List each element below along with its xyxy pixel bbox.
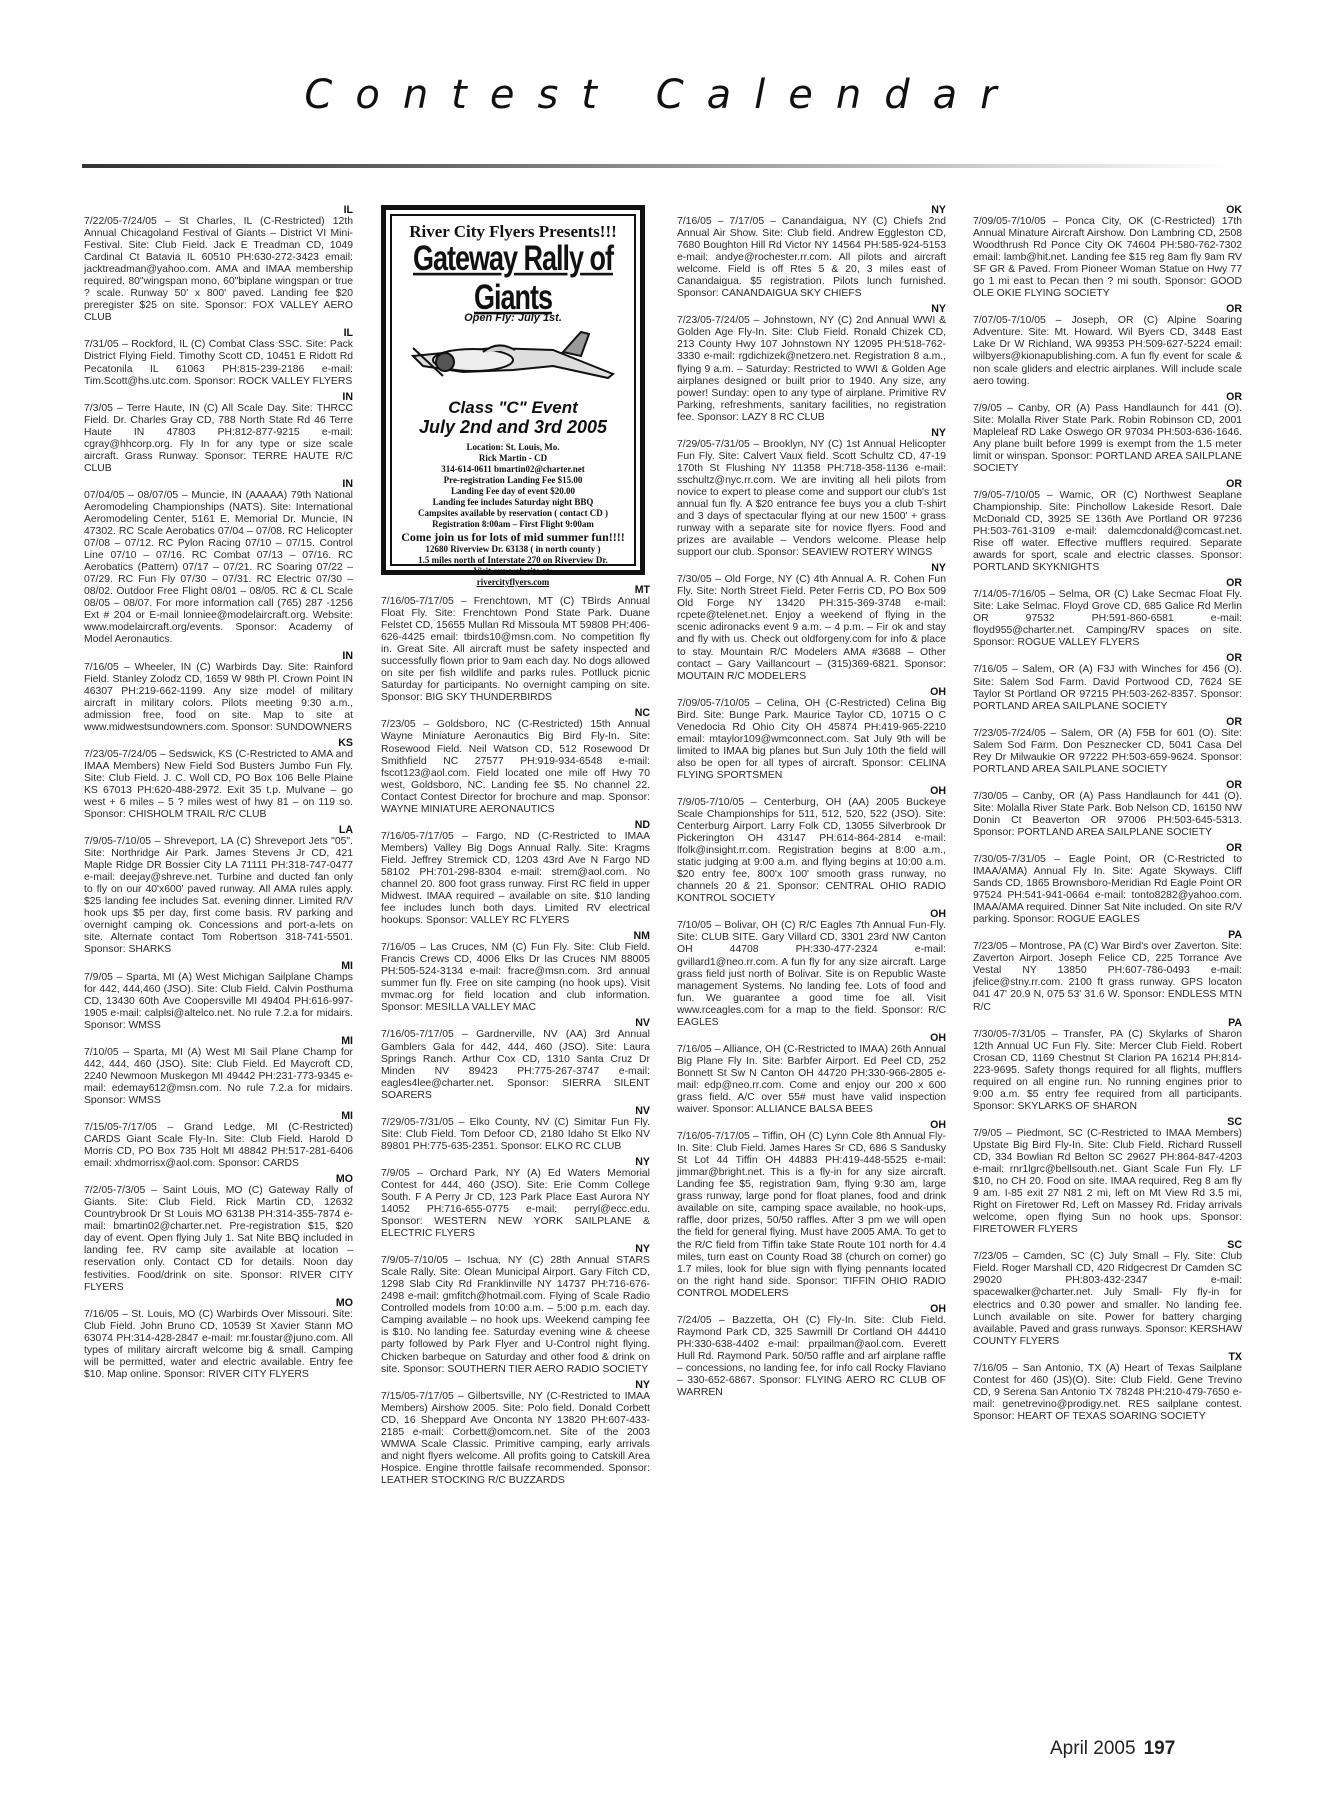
state-heading: NY bbox=[381, 1156, 650, 1168]
contest-entry: MI7/9/05 – Sparta, MI (A) West Michigan … bbox=[84, 960, 353, 1032]
state-heading: OR bbox=[973, 577, 1242, 589]
state-heading: OR bbox=[973, 842, 1242, 854]
contest-listing: 7/15/05-7/17/05 – Grand Ledge, MI (C-Res… bbox=[84, 1122, 353, 1170]
contest-listing: 7/9/05 – Canby, OR (A) Pass Handlaunch f… bbox=[973, 403, 1242, 475]
state-heading: OR bbox=[973, 303, 1242, 315]
state-heading: NY bbox=[677, 204, 946, 216]
contest-listing: 7/29/05-7/31/05 – Elko County, NV (C) Si… bbox=[381, 1117, 650, 1153]
state-heading: IL bbox=[84, 204, 353, 216]
contest-listing: 7/09/05-7/10/05 – Celina, OH (C-Restrict… bbox=[677, 698, 946, 782]
contest-entry: NY7/23/05-7/24/05 – Johnstown, NY (C) 2n… bbox=[677, 303, 946, 423]
state-heading: SC bbox=[973, 1116, 1242, 1128]
contest-listing: 7/16/05-7/17/05 – Gardnerville, NV (AA) … bbox=[381, 1029, 650, 1101]
state-heading: MI bbox=[84, 1110, 353, 1122]
contest-listing: 7/31/05 – Rockford, IL (C) Combat Class … bbox=[84, 339, 353, 387]
contest-entry: OR7/07/05-7/10/05 – Joseph, OR (C) Alpin… bbox=[973, 303, 1242, 387]
ad-address: 12680 Riverview Dr. 63138 ( in north cou… bbox=[392, 544, 634, 555]
contest-listing: 7/09/05-7/10/05 – Ponca City, OK (C-Rest… bbox=[973, 216, 1242, 300]
contest-listing: 7/16/05 – Alliance, OH (C-Restricted to … bbox=[677, 1044, 946, 1116]
ad-address: 1.5 miles north of Interstate 270 on Riv… bbox=[392, 555, 634, 566]
title-divider bbox=[82, 164, 1232, 168]
contest-entry: MI7/15/05-7/17/05 – Grand Ledge, MI (C-R… bbox=[84, 1110, 353, 1170]
contest-entry: OH7/24/05 – Bazzetta, OH (C) Fly-In. Sit… bbox=[677, 1303, 946, 1399]
ad-line: Campsites available by reservation ( con… bbox=[392, 508, 634, 519]
state-heading: NM bbox=[381, 930, 650, 942]
state-heading: NC bbox=[381, 707, 650, 719]
state-heading: IN bbox=[84, 391, 353, 403]
state-heading: MT bbox=[381, 584, 650, 596]
contest-listing: 7/9/05-7/10/05 – Wamic, OR (C) Northwest… bbox=[973, 490, 1242, 574]
contest-listing: 7/2/05-7/3/05 – Saint Louis, MO (C) Gate… bbox=[84, 1185, 353, 1293]
state-heading: NY bbox=[677, 427, 946, 439]
contest-entry: SC7/23/05 – Camden, SC (C) July Small – … bbox=[973, 1239, 1242, 1347]
state-heading: MO bbox=[84, 1297, 353, 1309]
state-heading: OH bbox=[677, 908, 946, 920]
ad-line: Rick Martin - CD bbox=[392, 453, 634, 464]
contest-entry: MI7/10/05 – Sparta, MI (A) West MI Sail … bbox=[84, 1035, 353, 1107]
state-heading: NY bbox=[381, 1379, 650, 1391]
contest-listing: 7/14/05-7/16/05 – Selma, OR (C) Lake Sec… bbox=[973, 589, 1242, 649]
contest-entry: OR7/23/05-7/24/05 – Salem, OR (A) F5B fo… bbox=[973, 716, 1242, 776]
contest-listing: 7/16/05-7/17/05 – Fargo, ND (C-Restricte… bbox=[381, 831, 650, 927]
state-heading: IL bbox=[84, 327, 353, 339]
ad-line: Pre-registration Landing Fee $15.00 bbox=[392, 475, 634, 486]
contest-entry: OR7/14/05-7/16/05 – Selma, OR (C) Lake S… bbox=[973, 577, 1242, 649]
contest-listing: 7/23/05 – Montrose, PA (C) War Bird's ov… bbox=[973, 941, 1242, 1013]
contest-entry: OH7/16/05 – Alliance, OH (C-Restricted t… bbox=[677, 1032, 946, 1116]
contest-listing: 7/10/05 – Bolivar, OH (C) R/C Eagles 7th… bbox=[677, 920, 946, 1028]
ad-tagline: Come join us for lots of mid summer fun!… bbox=[392, 530, 634, 544]
contest-listing: 7/30/05-7/31/05 – Eagle Point, OR (C-Res… bbox=[973, 854, 1242, 926]
contest-entry: ND7/16/05-7/17/05 – Fargo, ND (C-Restric… bbox=[381, 819, 650, 927]
contest-listing: 7/16/05 – Salem, OR (A) F3J with Winches… bbox=[973, 664, 1242, 712]
state-heading: SC bbox=[973, 1239, 1242, 1251]
contest-entry: IN7/16/05 – Wheeler, IN (C) Warbirds Day… bbox=[84, 650, 353, 734]
state-heading: NY bbox=[381, 1243, 650, 1255]
contest-entry: MT7/16/05-7/17/05 – Frenchtown, MT (C) T… bbox=[381, 584, 650, 704]
contest-entry: OH7/09/05-7/10/05 – Celina, OH (C-Restri… bbox=[677, 686, 946, 782]
contest-entry: IN7/3/05 – Terre Haute, IN (C) All Scale… bbox=[84, 391, 353, 475]
state-heading: NV bbox=[381, 1017, 650, 1029]
state-heading: OR bbox=[973, 478, 1242, 490]
contest-listing: 7/9/05 – Orchard Park, NY (A) Ed Waters … bbox=[381, 1168, 650, 1240]
calendar-column-3: NY7/16/05 – 7/17/05 – Canandaigua, NY (C… bbox=[677, 204, 946, 1402]
contest-entry: NC7/23/05 – Goldsboro, NC (C-Restricted)… bbox=[381, 707, 650, 815]
state-heading: MI bbox=[84, 1035, 353, 1047]
contest-listing: 7/16/05 – Las Cruces, NM (C) Fun Fly. Si… bbox=[381, 942, 650, 1014]
contest-entry: OH7/9/05-7/10/05 – Centerburg, OH (AA) 2… bbox=[677, 785, 946, 905]
page-footer: April 2005197 bbox=[1050, 1738, 1175, 1760]
contest-entry: NM7/16/05 – Las Cruces, NM (C) Fun Fly. … bbox=[381, 930, 650, 1014]
contest-listing: 7/23/05 – Camden, SC (C) July Small – Fl… bbox=[973, 1251, 1242, 1347]
state-heading: OR bbox=[973, 391, 1242, 403]
calendar-column-2: MT7/16/05-7/17/05 – Frenchtown, MT (C) T… bbox=[381, 584, 650, 1490]
contest-listing: 7/16/05-7/17/05 – Tiffin, OH (C) Lynn Co… bbox=[677, 1131, 946, 1300]
contest-entry: NY7/9/05 – Orchard Park, NY (A) Ed Water… bbox=[381, 1156, 650, 1240]
contest-entry: IN07/04/05 – 08/07/05 – Muncie, IN (AAAA… bbox=[84, 478, 353, 647]
contest-entry: MO7/16/05 – St. Louis, MO (C) Warbirds O… bbox=[84, 1297, 353, 1381]
state-heading: OH bbox=[677, 1119, 946, 1131]
contest-entry: OK7/09/05-7/10/05 – Ponca City, OK (C-Re… bbox=[973, 204, 1242, 300]
state-heading: LA bbox=[84, 824, 353, 836]
ad-class: Class "C" Event bbox=[392, 398, 634, 417]
contest-listing: 7/23/05 – Goldsboro, NC (C-Restricted) 1… bbox=[381, 719, 650, 815]
state-heading: NV bbox=[381, 1105, 650, 1117]
contest-listing: 7/3/05 – Terre Haute, IN (C) All Scale D… bbox=[84, 403, 353, 475]
state-heading: OR bbox=[973, 652, 1242, 664]
contest-listing: 7/16/05 – Wheeler, IN (C) Warbirds Day. … bbox=[84, 662, 353, 734]
state-heading: IN bbox=[84, 478, 353, 490]
contest-entry: NY7/29/05-7/31/05 – Brooklyn, NY (C) 1st… bbox=[677, 427, 946, 559]
state-heading: OH bbox=[677, 1032, 946, 1044]
state-heading: TX bbox=[973, 1351, 1242, 1363]
state-heading: OH bbox=[677, 785, 946, 797]
contest-listing: 7/9/05 – Piedmont, SC (C-Restricted to I… bbox=[973, 1128, 1242, 1236]
page-title: Contest Calendar bbox=[0, 72, 1324, 118]
contest-entry: KS7/23/05-7/24/05 – Sedswick, KS (C-Rest… bbox=[84, 737, 353, 821]
contest-listing: 7/16/05 – San Antonio, TX (A) Heart of T… bbox=[973, 1363, 1242, 1423]
contest-entry: TX7/16/05 – San Antonio, TX (A) Heart of… bbox=[973, 1351, 1242, 1423]
contest-entry: NV7/16/05-7/17/05 – Gardnerville, NV (AA… bbox=[381, 1017, 650, 1101]
state-heading: OH bbox=[677, 686, 946, 698]
ad-line: 314-614-0611 bmartin02@charter.net bbox=[392, 464, 634, 475]
state-heading: OK bbox=[973, 204, 1242, 216]
contest-entry: MO7/2/05-7/3/05 – Saint Louis, MO (C) Ga… bbox=[84, 1173, 353, 1293]
state-heading: IN bbox=[84, 650, 353, 662]
state-heading: PA bbox=[973, 929, 1242, 941]
airplane-icon bbox=[392, 326, 634, 396]
contest-entry: NY7/30/05 – Old Forge, NY (C) 4th Annual… bbox=[677, 562, 946, 682]
contest-entry: LA7/9/05-7/10/05 – Shreveport, LA (C) Sh… bbox=[84, 824, 353, 956]
state-heading: PA bbox=[973, 1017, 1242, 1029]
contest-entry: OH7/16/05-7/17/05 – Tiffin, OH (C) Lynn … bbox=[677, 1119, 946, 1300]
contest-listing: 7/23/05-7/24/05 – Sedswick, KS (C-Restri… bbox=[84, 749, 353, 821]
contest-listing: 7/16/05 – 7/17/05 – Canandaigua, NY (C) … bbox=[677, 216, 946, 300]
contest-entry: OR7/30/05-7/31/05 – Eagle Point, OR (C-R… bbox=[973, 842, 1242, 926]
contest-entry: OH7/10/05 – Bolivar, OH (C) R/C Eagles 7… bbox=[677, 908, 946, 1028]
contest-entry: IL7/31/05 – Rockford, IL (C) Combat Clas… bbox=[84, 327, 353, 387]
state-heading: OR bbox=[973, 779, 1242, 791]
contest-listing: 7/30/05-7/31/05 – Transfer, PA (C) Skyla… bbox=[973, 1029, 1242, 1113]
contest-listing: 7/24/05 – Bazzetta, OH (C) Fly-In. Site:… bbox=[677, 1315, 946, 1399]
ad-dates: July 2nd and 3rd 2005 bbox=[392, 417, 634, 438]
ad-line: Location: St. Louis, Mo. bbox=[392, 442, 634, 453]
contest-entry: NY7/9/05-7/10/05 – Ischua, NY (C) 28th A… bbox=[381, 1243, 650, 1375]
contest-entry: SC7/9/05 – Piedmont, SC (C-Restricted to… bbox=[973, 1116, 1242, 1236]
ad-inner-frame: River City Flyers Presents!!! Gateway Ra… bbox=[390, 214, 636, 566]
calendar-column-4: OK7/09/05-7/10/05 – Ponca City, OK (C-Re… bbox=[973, 204, 1242, 1426]
contest-listing: 7/16/05 – St. Louis, MO (C) Warbirds Ove… bbox=[84, 1309, 353, 1381]
contest-listing: 7/9/05-7/10/05 – Ischua, NY (C) 28th Ann… bbox=[381, 1255, 650, 1375]
contest-listing: 7/23/05-7/24/05 – Johnstown, NY (C) 2nd … bbox=[677, 315, 946, 423]
ad-line: Landing Fee day of event $20.00 bbox=[392, 486, 634, 497]
contest-listing: 7/15/05-7/17/05 – Gilbertsville, NY (C-R… bbox=[381, 1391, 650, 1487]
state-heading: OR bbox=[973, 716, 1242, 728]
state-heading: KS bbox=[84, 737, 353, 749]
contest-listing: 7/30/05 – Old Forge, NY (C) 4th Annual A… bbox=[677, 574, 946, 682]
contest-listing: 7/22/05-7/24/05 – St Charles, IL (C-Rest… bbox=[84, 216, 353, 324]
contest-listing: 07/04/05 – 08/07/05 – Muncie, IN (AAAAA)… bbox=[84, 490, 353, 647]
ad-line: Landing fee includes Saturday night BBQ bbox=[392, 497, 634, 508]
contest-listing: 7/23/05-7/24/05 – Salem, OR (A) F5B for … bbox=[973, 728, 1242, 776]
contest-listing: 7/30/05 – Canby, OR (A) Pass Handlaunch … bbox=[973, 791, 1242, 839]
state-heading: NY bbox=[677, 303, 946, 315]
contest-entry: OR7/9/05-7/10/05 – Wamic, OR (C) Northwe… bbox=[973, 478, 1242, 574]
contest-entry: NV7/29/05-7/31/05 – Elko County, NV (C) … bbox=[381, 1105, 650, 1153]
ad-headline: Gateway Rally of Giants bbox=[392, 239, 634, 317]
contest-entry: IL7/22/05-7/24/05 – St Charles, IL (C-Re… bbox=[84, 204, 353, 324]
calendar-column-1: IL7/22/05-7/24/05 – St Charles, IL (C-Re… bbox=[84, 204, 353, 1384]
page-number: 197 bbox=[1144, 1738, 1176, 1759]
contest-entry: OR7/9/05 – Canby, OR (A) Pass Handlaunch… bbox=[973, 391, 1242, 475]
state-heading: MI bbox=[84, 960, 353, 972]
contest-listing: 7/9/05-7/10/05 – Shreveport, LA (C) Shre… bbox=[84, 836, 353, 956]
contest-listing: 7/9/05-7/10/05 – Centerburg, OH (AA) 200… bbox=[677, 797, 946, 905]
contest-entry: OR7/16/05 – Salem, OR (A) F3J with Winch… bbox=[973, 652, 1242, 712]
ad-address: Visit our web site at: bbox=[392, 566, 634, 577]
ad-line: Registration 8:00am – First Flight 9:00a… bbox=[392, 519, 634, 530]
state-heading: MO bbox=[84, 1173, 353, 1185]
contest-entry: PA7/23/05 – Montrose, PA (C) War Bird's … bbox=[973, 929, 1242, 1013]
contest-listing: 7/07/05-7/10/05 – Joseph, OR (C) Alpine … bbox=[973, 315, 1242, 387]
contest-listing: 7/9/05 – Sparta, MI (A) West Michigan Sa… bbox=[84, 972, 353, 1032]
contest-entry: NY7/15/05-7/17/05 – Gilbertsville, NY (C… bbox=[381, 1379, 650, 1487]
state-heading: OH bbox=[677, 1303, 946, 1315]
contest-entry: NY7/16/05 – 7/17/05 – Canandaigua, NY (C… bbox=[677, 204, 946, 300]
contest-entry: PA7/30/05-7/31/05 – Transfer, PA (C) Sky… bbox=[973, 1017, 1242, 1113]
contest-entry: OR7/30/05 – Canby, OR (A) Pass Handlaunc… bbox=[973, 779, 1242, 839]
state-heading: ND bbox=[381, 819, 650, 831]
state-heading: NY bbox=[677, 562, 946, 574]
issue-date: April 2005 bbox=[1050, 1738, 1136, 1759]
contest-listing: 7/10/05 – Sparta, MI (A) West MI Sail Pl… bbox=[84, 1047, 353, 1107]
contest-listing: 7/29/05-7/31/05 – Brooklyn, NY (C) 1st A… bbox=[677, 439, 946, 559]
contest-listing: 7/16/05-7/17/05 – Frenchtown, MT (C) TBi… bbox=[381, 596, 650, 704]
gateway-rally-ad: River City Flyers Presents!!! Gateway Ra… bbox=[381, 205, 645, 575]
